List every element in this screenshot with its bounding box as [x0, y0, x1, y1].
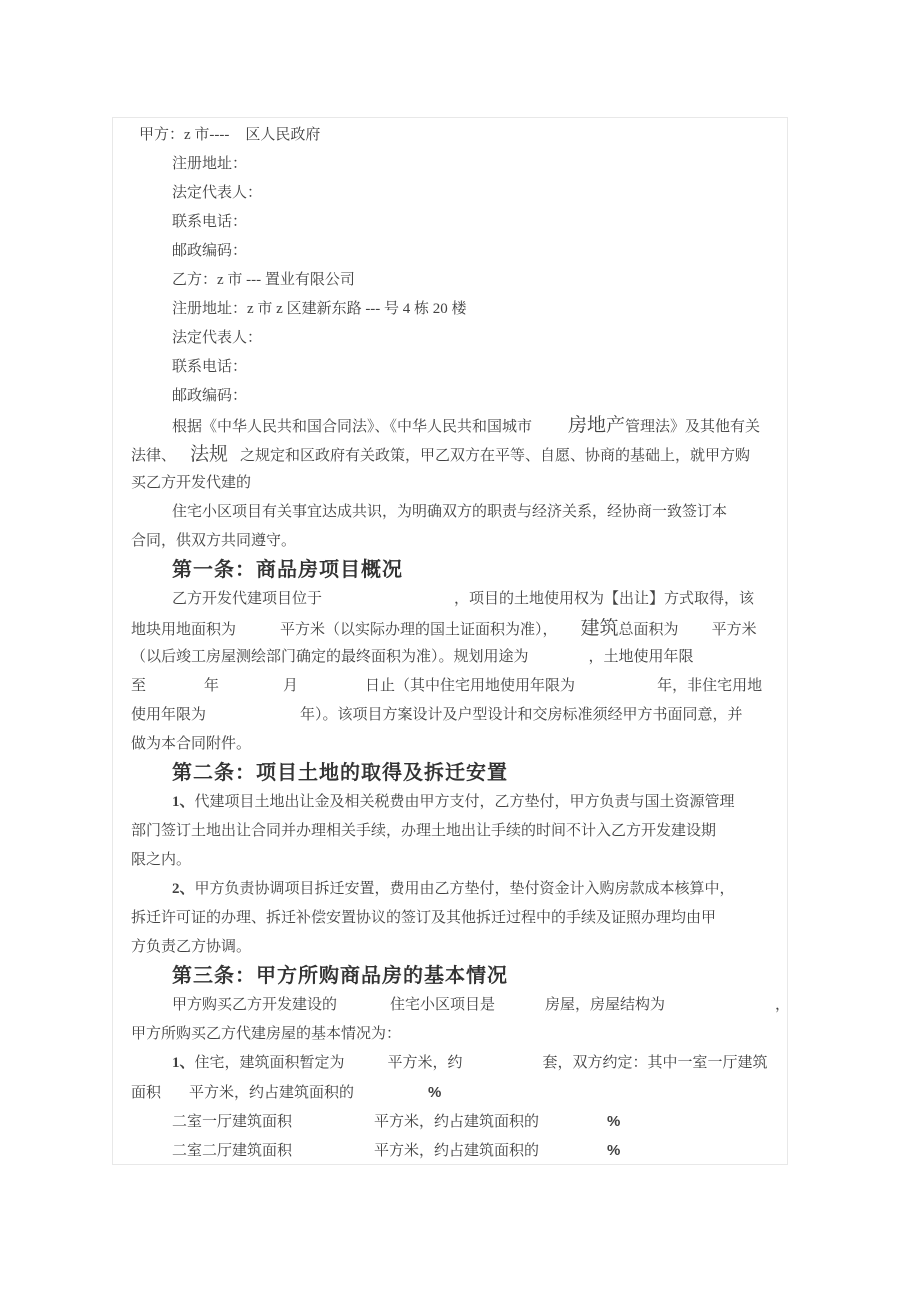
text-segment: 总面积为	[619, 622, 679, 638]
text-segment: 二室一厅建筑面积	[172, 1114, 292, 1130]
text-segment: 地块用地面积为	[131, 622, 236, 638]
doc-line-1: 甲方：z 市----区人民政府	[131, 121, 787, 150]
text-segment: ，项目的土地使用权为【出让】方式取得，该	[454, 591, 754, 607]
blank-field	[229, 138, 245, 139]
doc-line-33: 1、住宅，建筑面积暂定为平方米，约套，双方约定：其中一室一厅建筑	[131, 1049, 787, 1078]
text-segment: 住宅小区项目是	[390, 997, 495, 1013]
doc-line-21: 使用年限为年）。该项目方案设计及户型设计和交房标准须经甲方书面同意，并	[131, 701, 787, 730]
doc-line-12: 法律、法规之规定和区政府有关政策，甲乙双方在平等、自愿、协商的基础上，就甲方购	[131, 440, 787, 469]
doc-line-27: 2、甲方负责协调项目拆迁安置，费用由乙方垫付，垫付资金计入购房款成本核算中，	[131, 875, 787, 904]
text-segment: ，土地使用年限	[589, 649, 694, 665]
doc-line-18: 地块用地面积为平方米（以实际办理的国土证面积为准），建筑总面积为平方米	[131, 614, 787, 643]
section-heading: 第二条：项目土地的取得及拆迁安置	[131, 759, 787, 788]
doc-line-15: 合同，供双方共同遵守。	[131, 527, 787, 556]
text-segment: 月	[283, 678, 298, 694]
text-segment: 2、	[172, 881, 195, 897]
text-segment: 邮政编码：	[172, 243, 247, 259]
document-page: 甲方：z 市----区人民政府注册地址：法定代表人：联系电话：邮政编码：乙方：z…	[112, 117, 788, 1165]
text-segment: 根据《中华人民共和国合同法》、《中华人民共和国城市	[172, 419, 532, 435]
text-segment: 区人民政府	[245, 127, 320, 143]
doc-line-20: 至年月日止（其中住宅用地使用年限为年，非住宅用地	[131, 672, 787, 701]
blank-field	[298, 689, 365, 690]
text-segment: %	[428, 1084, 441, 1101]
text-segment: %	[607, 1142, 620, 1159]
text-segment: 乙方开发代建项目位于	[172, 591, 322, 607]
doc-line-34: 面积平方米，约占建筑面积的%	[131, 1078, 787, 1107]
doc-line-17: 乙方开发代建项目位于，项目的土地使用权为【出让】方式取得，该	[131, 585, 787, 614]
text-segment: 拆迁许可证的办理、拆迁补偿安置协议的签订及其他拆迁过程中的手续及证照办理均由甲	[131, 910, 716, 926]
doc-line-9: 联系电话：	[131, 353, 787, 382]
blank-field	[354, 1096, 428, 1097]
text-segment: 至	[131, 678, 146, 694]
text-segment: 平方米，约占建筑面积的	[189, 1085, 354, 1101]
text-segment: 日止（其中住宅用地使用年限为	[365, 678, 575, 694]
text-segment: 年）。该项目方案设计及户型设计和交房标准须经甲方书面同意，并	[300, 707, 743, 723]
blank-field	[236, 633, 280, 634]
blank-field	[146, 689, 204, 690]
text-segment: 邮政编码：	[172, 388, 247, 404]
text-segment: 1、	[172, 1055, 195, 1071]
blank-field	[575, 689, 657, 690]
text-segment: 方负责乙方协调。	[131, 939, 251, 955]
section-heading: 第三条：甲方所购商品房的基本情况	[131, 962, 787, 991]
doc-line-24: 1、代建项目土地出让金及相关税费由甲方支付，乙方垫付，甲方负责与国土资源管理	[131, 788, 787, 817]
doc-line-5: 邮政编码：	[131, 237, 787, 266]
blank-field	[292, 1154, 374, 1155]
text-segment: 甲方：z 市----	[139, 127, 229, 143]
doc-canvas: 甲方：z 市----区人民政府注册地址：法定代表人：联系电话：邮政编码：乙方：z…	[0, 0, 920, 1303]
text-segment: 第二条：项目土地的取得及拆迁安置	[172, 762, 508, 784]
text-segment: %	[607, 1113, 620, 1130]
text-segment: 房屋，房屋结构为	[545, 997, 665, 1013]
text-segment: 法定代表人：	[172, 185, 262, 201]
text-segment: 买乙方开发代建的	[131, 475, 251, 491]
blank-field	[529, 660, 589, 661]
text-segment: （以后竣工房屋测绘部门确定的最终面积为准）。规划用途为	[131, 649, 529, 665]
text-segment: 部门签订土地出让合同并办理相关手续，办理土地出让手续的时间不计入乙方开发建设期	[131, 823, 716, 839]
blank-field	[679, 633, 712, 634]
text-segment: 1、	[172, 794, 195, 810]
text-segment: 联系电话：	[172, 214, 247, 230]
text-segment: 合同，供双方共同遵守。	[131, 533, 296, 549]
section-heading: 第一条：商品房项目概况	[131, 556, 787, 585]
text-segment: 住宅，建筑面积暂定为	[195, 1055, 345, 1071]
doc-line-14: 住宅小区项目有关事宜达成共识，为明确双方的职责与经济关系，经协商一致签订本	[131, 498, 787, 527]
blank-field	[161, 1096, 189, 1097]
doc-line-36: 二室二厅建筑面积平方米，约占建筑面积的%	[131, 1136, 787, 1165]
text-segment: 建筑	[581, 618, 619, 639]
blank-field	[176, 459, 190, 460]
text-segment: 年，非住宅用地	[657, 678, 762, 694]
doc-line-13: 买乙方开发代建的	[131, 469, 787, 498]
blank-field	[292, 1125, 374, 1126]
doc-line-31: 甲方购买乙方开发建设的住宅小区项目是房屋，房屋结构为，	[131, 991, 787, 1020]
text-segment: 法定代表人：	[172, 330, 262, 346]
text-segment: 注册地址：z 市 z 区建新东路 --- 号 4 栋 20 楼	[172, 301, 467, 317]
blank-field	[322, 602, 454, 603]
blank-field	[337, 1008, 390, 1009]
doc-line-11: 根据《中华人民共和国合同法》、《中华人民共和国城市房地产管理法》及其他有关	[131, 411, 787, 440]
doc-line-29: 方负责乙方协调。	[131, 933, 787, 962]
doc-line-4: 联系电话：	[131, 208, 787, 237]
text-segment: 第三条：甲方所购商品房的基本情况	[172, 965, 508, 987]
doc-line-28: 拆迁许可证的办理、拆迁补偿安置协议的签订及其他拆迁过程中的手续及证照办理均由甲	[131, 904, 787, 933]
text-segment: 法规	[190, 444, 228, 465]
text-segment: 乙方：z 市 --- 置业有限公司	[172, 272, 355, 288]
doc-line-6: 乙方：z 市 --- 置业有限公司	[131, 266, 787, 295]
doc-line-32: 甲方所购买乙方代建房屋的基本情况为：	[131, 1020, 787, 1049]
text-segment: 注册地址：	[172, 156, 247, 172]
text-segment: 年	[204, 678, 219, 694]
text-segment: 甲方所购买乙方代建房屋的基本情况为：	[131, 1026, 401, 1042]
text-segment: 管理法》及其他有关	[625, 419, 760, 435]
blank-field	[532, 430, 568, 431]
doc-line-3: 法定代表人：	[131, 179, 787, 208]
blank-field	[495, 1008, 545, 1009]
text-segment: 甲方负责协调项目拆迁安置，费用由乙方垫付，垫付资金计入购房款成本核算中，	[195, 881, 735, 897]
text-segment: 二室二厅建筑面积	[172, 1143, 292, 1159]
text-segment: 代建项目土地出让金及相关税费由甲方支付，乙方垫付，甲方负责与国土资源管理	[195, 794, 735, 810]
doc-line-19: （以后竣工房屋测绘部门确定的最终面积为准）。规划用途为，土地使用年限	[131, 643, 787, 672]
text-segment: 平方米（以实际办理的国土证面积为准），	[280, 622, 558, 638]
doc-line-35: 二室一厅建筑面积平方米，约占建筑面积的%	[131, 1107, 787, 1136]
text-segment: 法律、	[131, 448, 176, 464]
doc-line-7: 注册地址：z 市 z 区建新东路 --- 号 4 栋 20 楼	[131, 295, 787, 324]
text-segment: 平方米	[712, 622, 757, 638]
blank-field	[206, 718, 300, 719]
text-segment: ，	[775, 997, 790, 1013]
doc-line-2: 注册地址：	[131, 150, 787, 179]
text-segment: 限之内。	[131, 852, 191, 868]
blank-field	[539, 1125, 607, 1126]
text-segment: 面积	[131, 1085, 161, 1101]
text-segment: 套，双方约定：其中一室一厅建筑	[543, 1055, 768, 1071]
text-segment: 房地产	[568, 415, 625, 436]
doc-line-10: 邮政编码：	[131, 382, 787, 411]
text-segment: 平方米，约占建筑面积的	[374, 1114, 539, 1130]
doc-line-26: 限之内。	[131, 846, 787, 875]
doc-line-25: 部门签订土地出让合同并办理相关手续，办理土地出让手续的时间不计入乙方开发建设期	[131, 817, 787, 846]
text-segment: 使用年限为	[131, 707, 206, 723]
blank-field	[228, 459, 240, 460]
blank-field	[558, 633, 581, 634]
text-segment: 做为本合同附件。	[131, 736, 251, 752]
text-segment: 甲方购买乙方开发建设的	[172, 997, 337, 1013]
blank-field	[539, 1154, 607, 1155]
blank-field	[665, 1008, 775, 1009]
text-segment: 平方米，约占建筑面积的	[374, 1143, 539, 1159]
text-segment: 之规定和区政府有关政策，甲乙双方在平等、自愿、协商的基础上，就甲方购	[240, 448, 750, 464]
blank-field	[219, 689, 283, 690]
doc-line-22: 做为本合同附件。	[131, 730, 787, 759]
blank-field	[463, 1066, 543, 1067]
text-segment: 联系电话：	[172, 359, 247, 375]
blank-field	[345, 1066, 388, 1067]
text-segment: 平方米，约	[388, 1055, 463, 1071]
doc-line-8: 法定代表人：	[131, 324, 787, 353]
text-segment: 第一条：商品房项目概况	[172, 559, 403, 581]
text-segment: 住宅小区项目有关事宜达成共识，为明确双方的职责与经济关系，经协商一致签订本	[172, 504, 727, 520]
